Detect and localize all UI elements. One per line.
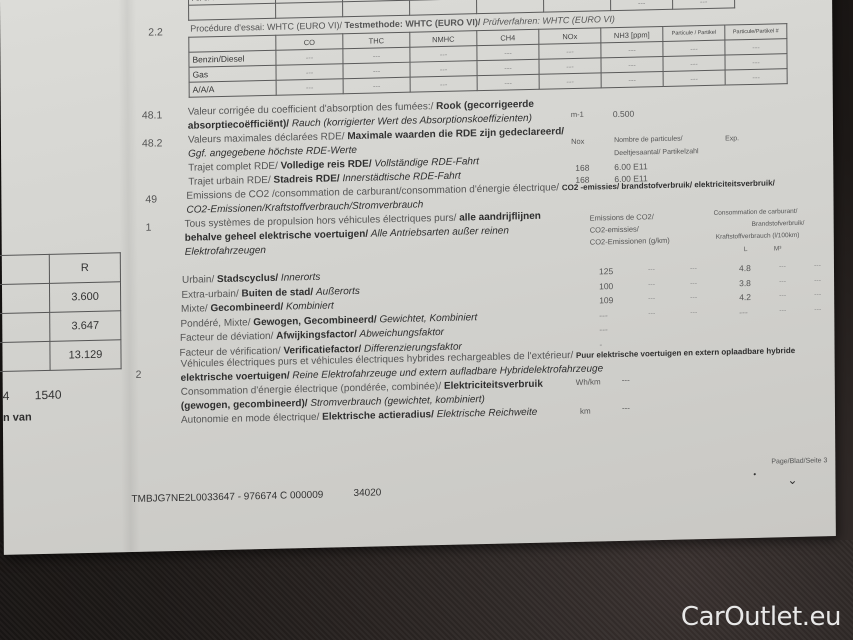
left-number: 1540 <box>35 389 62 402</box>
co2-col-header: Emissions de CO2/ <box>590 213 654 222</box>
co2-row-value: --- <box>690 280 697 287</box>
co2-row-value: 3.8 <box>739 278 751 287</box>
section-number: 49 <box>145 193 157 205</box>
signature-mark: ⌄ <box>787 474 797 486</box>
co2-row-value: --- <box>599 311 608 320</box>
co2-row-value: --- <box>814 291 821 298</box>
left-table-value: 3.647 <box>50 311 121 342</box>
rde-col-nox: Nox <box>571 138 584 146</box>
document-page: R 3.600 3.647 13.129 4 1540 n van A/A/A … <box>0 0 836 555</box>
rde-col-exp: Exp. <box>725 135 739 142</box>
co2-row-value: --- <box>599 325 608 334</box>
co2-row-label: Mixte/ Gecombineerd/ Kombiniert <box>181 301 334 314</box>
co2-row-value: --- <box>690 294 697 301</box>
ink-dot: • <box>753 471 756 479</box>
fuel-col-header: Brandstofverbruik/ <box>752 221 805 229</box>
co2-row-value: --- <box>739 308 748 317</box>
column-header: NH3 [ppm] <box>601 26 663 42</box>
co2-row-label: Urbain/ Stadscyclus/ Innerorts <box>182 273 320 286</box>
co2-row-value: --- <box>779 307 786 314</box>
section-number: 1 <box>146 222 152 234</box>
unit-litre: L <box>744 247 748 254</box>
co2-row-value: --- <box>814 262 821 269</box>
co2-row-value: 125 <box>599 267 613 276</box>
co2-row-value: --- <box>814 306 821 313</box>
co2-row-value: 100 <box>599 282 613 291</box>
fuel-col-header: Consommation de carburant/ <box>714 209 798 217</box>
column-header: NOx <box>539 28 601 44</box>
co2-row-value: --- <box>779 278 786 285</box>
co2-row-value: --- <box>648 310 655 317</box>
ev-consumption-value: --- <box>622 377 630 385</box>
document-code: 34020 <box>353 488 381 499</box>
co2-row-value: --- <box>779 263 786 270</box>
co2-row-value: --- <box>690 309 697 316</box>
ev-range-value: --- <box>622 405 630 413</box>
rde-nox-value: 168 <box>575 164 589 173</box>
left-table-value: 13.129 <box>50 340 121 371</box>
rde-label-line2: Ggf. angegebene höchste RDE-Werte <box>188 146 357 160</box>
column-header: Particule/Partikel # <box>725 24 787 40</box>
column-header: Particule / Partikel <box>663 25 725 41</box>
section-number: 48.2 <box>142 137 163 149</box>
propulsion-label-line3: Elektrofahrzeugen <box>185 246 266 258</box>
co2-row-value: 4.2 <box>739 293 751 302</box>
cell: --- <box>673 0 735 9</box>
co2-row-value: --- <box>648 295 655 302</box>
co2-row-value: --- <box>779 292 786 299</box>
section-number: 48.1 <box>142 109 163 121</box>
smoke-value: 0.500 <box>613 110 634 119</box>
watermark-logo: CarOutlet.eu <box>681 602 841 632</box>
rde-particles-value: 6.00 E11 <box>614 162 647 171</box>
co2-row-value: --- <box>648 281 655 288</box>
column-header: CH4 <box>477 29 539 45</box>
co2-col-header: CO2-Emissionen (g/km) <box>590 237 670 246</box>
section-number: 2.2 <box>148 26 163 38</box>
left-table-header: R <box>49 253 120 284</box>
left-number: 4 <box>3 390 10 402</box>
column-header: THC <box>343 32 410 49</box>
unit-m3: M³ <box>774 246 782 253</box>
whtc-emissions-table: CO THC NMHC CH4 NOx NH3 [ppm] Particule … <box>188 23 787 98</box>
co2-row-value: 109 <box>599 296 613 305</box>
page-fold <box>118 0 140 552</box>
page-number: Page/Blad/Seite 3 <box>771 457 827 465</box>
left-table-value: 3.600 <box>49 282 120 313</box>
ev-consumption-unit: Wh/km <box>576 378 601 387</box>
ev-range-unit: km <box>580 408 591 416</box>
co2-col-header: CO2-emissies/ <box>590 226 639 235</box>
fuel-col-header: Kraftstoffverbrauch (l/100km) <box>716 233 800 241</box>
vin-line: TMBJG7NE2L0033647 - 976674 C 000009 <box>131 491 323 505</box>
cell: --- <box>611 0 673 11</box>
co2-row-value: --- <box>814 277 821 284</box>
rde-col-particles: Nombre de particules/ <box>614 136 683 145</box>
rde-col-particles: Deeltjesaantal/ Partikelzahl <box>614 148 698 157</box>
left-trailing-text: n van <box>3 412 32 424</box>
column-header: CO <box>276 34 343 51</box>
co2-row-value: --- <box>648 266 655 273</box>
co2-row-value: 4.8 <box>739 264 751 273</box>
section-number: 2 <box>136 369 142 381</box>
propulsion-label-line2: behalve geheel elektrische voertuigen/ A… <box>185 226 509 243</box>
co2-row-label: Extra-urbain/ Buiten de stad/ Außerorts <box>181 286 359 300</box>
smoke-unit: m-1 <box>571 111 584 119</box>
left-page-table: R 3.600 3.647 13.129 <box>0 252 122 372</box>
co2-row-value: - <box>599 340 602 349</box>
column-header: NMHC <box>410 31 477 48</box>
co2-row-value: --- <box>690 265 697 272</box>
